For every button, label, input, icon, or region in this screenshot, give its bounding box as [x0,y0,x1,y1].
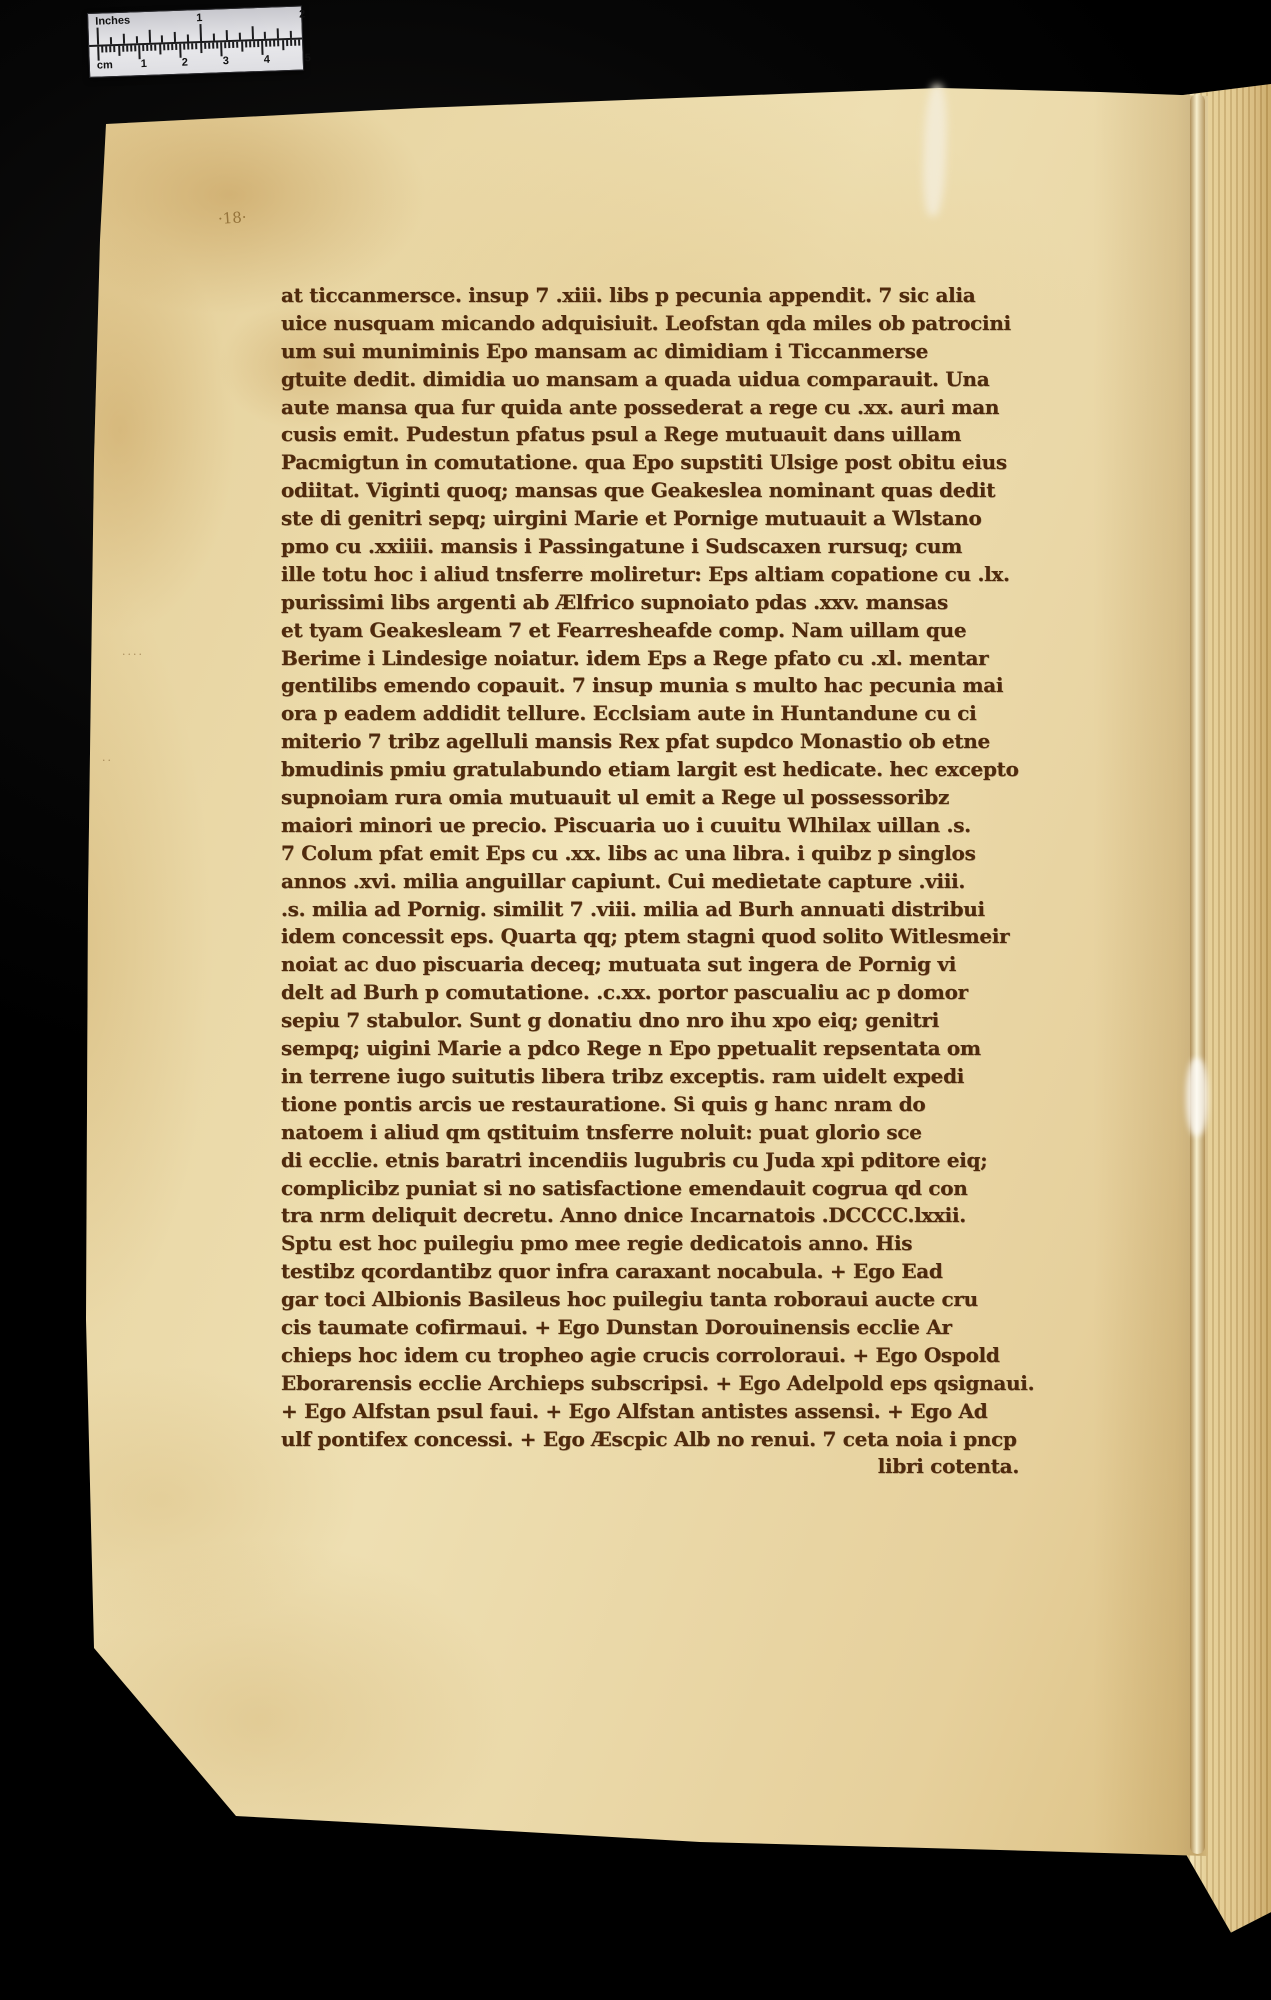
ruler-cm-tick [146,45,148,51]
ruler-inch-tick [110,37,112,44]
ruler-cm-tick [277,40,279,46]
ruler-cm-tick [183,44,185,50]
ruler-cm-tick [163,44,165,50]
ruler-inch-tick [187,34,189,41]
manuscript-text-block: at ticcanmersce. insup 7 .xiii. libs p p… [281,282,1081,1481]
manuscript-text-line: di ecclie. etnis baratri incendiis lugub… [281,1147,1081,1175]
manuscript-text-line: testibz qcordantibz quor infra caraxant … [281,1258,1081,1286]
ruler-cm-tick [294,40,296,46]
ruler-inch-tick [122,34,124,44]
manuscript-text-line: gentilibs emendo copauit. 7 insup munia … [281,672,1081,700]
ruler-cm-tick [232,42,234,48]
folio-number: ·18· [217,208,247,228]
manuscript-text-line: at ticcanmersce. insup 7 .xiii. libs p p… [281,282,1081,310]
ruler-cm-tick [290,40,292,46]
ruler-cm-tick [187,43,189,49]
gutter-fold [1190,94,1205,1854]
ruler-inch-tick [161,35,163,42]
manuscript-text-line: uice nusquam micando adquisiuit. Leofsta… [281,310,1081,338]
ruler-cm-tick [126,46,128,52]
ruler-inch-tick [264,32,266,39]
ruler-cm-tick [236,42,238,48]
ruler-cm-tick [220,42,222,56]
manuscript-text-line: supnoiam rura omia mutuauit ul emit a Re… [281,784,1081,812]
ruler-cm-tick [245,41,247,47]
manuscript-text-line: ille totu hoc i aliud tnsferre moliretur… [281,561,1081,589]
ruler-cm-tick [216,42,218,48]
manuscript-text-line: Pacmigtun in comutatione. qua Epo supsti… [281,449,1081,477]
manuscript-text-line: cis taumate cofirmaui. + Ego Dunstan Dor… [281,1314,1081,1342]
ruler-cm-tick [122,46,124,52]
ruler-cm-tick [265,41,267,47]
manuscript-text-line: complicibz puniat si no satisfactione em… [281,1175,1081,1203]
ruler-cm-tick [261,41,263,55]
measurement-ruler: Inches cm 1212345 [87,5,304,77]
manuscript-text-line: idem concessit eps. Quarta qq; ptem stag… [281,923,1081,951]
ruler-cm-number: 5 [305,52,312,64]
manuscript-text-line: bmudinis pmiu gratulabundo etiam largit … [281,756,1081,784]
ruler-inch-tick [213,34,215,41]
ruler-inch-tick [290,31,292,38]
ruler-cm-tick [159,44,161,54]
manuscript-text-line: + Ego Alfstan psul faui. + Ego Alfstan a… [281,1398,1081,1426]
ruler-cm-tick [191,43,193,49]
ruler-cm-tick [282,40,284,50]
manuscript-text-line: Eborarensis ecclie Archieps subscripsi. … [281,1370,1081,1398]
fold-repair-patch [1186,1058,1208,1136]
manuscript-text-line: pmo cu .xxiiii. mansis i Passingatune i … [281,533,1081,561]
photo-backdrop: Inches cm 1212345 ·18· ···· ·· at ticcan… [0,0,1271,2000]
ruler-cm-tick [208,43,210,49]
ruler-cm-tick [286,40,288,46]
ruler-inch-tick [238,33,240,40]
manuscript-text-line: gar toci Albionis Basileus hoc puilegiu … [281,1286,1081,1314]
ruler-inch-number: 2 [299,8,306,20]
ruler-cm-tick [228,42,230,48]
ruler-cm-tick [257,41,259,47]
manuscript-closing-line: libri cotenta. [281,1453,1081,1481]
manuscript-text-line: sempq; uigini Marie a pdco Rege n Epo pp… [281,1035,1081,1063]
ruler-cm-label: cm [97,59,113,72]
ruler-cm-tick [179,44,181,58]
ruler-cm-tick [118,46,120,56]
ruler-cm-tick [171,44,173,50]
manuscript-text-line: Sptu est hoc puilegiu pmo mee regie dedi… [281,1230,1081,1258]
ruler-cm-tick [150,45,152,51]
ruler-cm-tick [269,41,271,47]
manuscript-text-line: ora p eadem addidit tellure. Ecclsiam au… [281,700,1081,728]
manuscript-text-line: annos .xvi. milia anguillar capiunt. Cui… [281,868,1081,896]
ruler-inches-label: Inches [95,15,130,28]
ruler-cm-tick [212,43,214,49]
ruler-cm-tick [138,45,140,59]
ruler-cm-tick [196,43,198,49]
ruler-cm-tick [101,46,103,52]
margin-mark: ·· [102,754,113,767]
ruler-cm-tick [224,42,226,48]
ruler-cm-number: 2 [182,57,189,69]
ruler-inch-tick [199,24,202,41]
ruler-cm-tick [175,44,177,50]
ruler-cm-tick [109,46,111,52]
manuscript-text-line: ste di genitri sepq; uirgini Marie et Po… [281,505,1081,533]
ruler-cm-tick [105,46,107,52]
manuscript-text-line: tione pontis arcis ue restauratione. Si … [281,1091,1081,1119]
manuscript-text-line: .s. milia ad Pornig. similit 7 .viii. mi… [281,896,1081,924]
manuscript-text-line: 7 Colum pfat emit Eps cu .xx. libs ac un… [281,840,1081,868]
manuscript-text-line: purissimi libs argenti ab Ælfrico supnoi… [281,589,1081,617]
ruler-cm-tick [130,45,132,51]
ruler-inch-tick [135,36,137,43]
ruler-cm-tick [134,45,136,51]
ruler-cm-tick [200,43,202,53]
manuscript-text-line: tra nrm deliquit decretu. Anno dnice Inc… [281,1202,1081,1230]
manuscript-text-line: delt ad Burh p comutatione. .c.xx. porto… [281,979,1081,1007]
manuscript-text-line: miterio 7 tribz agelluli mansis Rex pfat… [281,728,1081,756]
ruler-inch-tick [251,26,253,39]
margin-mark: ···· [122,648,144,661]
ruler-inch-number: 1 [196,12,203,24]
ruler-cm-tick [241,42,243,52]
manuscript-text-line: odiitat. Viginti quoq; mansas que Geakes… [281,477,1081,505]
manuscript-text-line: sepiu 7 stabulor. Sunt g donatiu dno nro… [281,1007,1081,1035]
ruler-cm-tick [97,47,99,61]
manuscript-text-line: cusis emit. Pudestun pfatus psul a Rege … [281,421,1081,449]
ruler-inch-tick [225,30,227,40]
manuscript-text-line: natoem i aliud qm qstituim tnsferre nolu… [281,1119,1081,1147]
ruler-inch-tick [97,28,100,45]
ruler-cm-tick [114,46,116,52]
manuscript-text-line: et tyam Geakesleam 7 et Fearresheafde co… [281,617,1081,645]
manuscript-text-line: in terrene iugo suitutis libera tribz ex… [281,1063,1081,1091]
manuscript-text-line: Berime i Lindesige noiatur. idem Eps a R… [281,645,1081,673]
ruler-cm-tick [155,45,157,51]
manuscript-text-line: ulf pontifex concessi. + Ego Æscpic Alb … [281,1426,1081,1454]
ruler-cm-tick [298,40,300,46]
ruler-cm-tick [142,45,144,51]
ruler-cm-tick [249,41,251,47]
ruler-inch-tick [277,28,279,38]
manuscript-text-line: gtuite dedit. dimidia uo mansam a quada … [281,366,1081,394]
ruler-cm-number: 4 [264,54,271,66]
ruler-inch-tick [174,32,176,42]
ruler-cm-tick [204,43,206,49]
manuscript-text-line: chieps hoc idem cu tropheo agie crucis c… [281,1342,1081,1370]
ruler-cm-number: 1 [141,58,148,70]
ruler-inch-tick [148,30,150,43]
manuscript-text-line: noiat ac duo piscuaria deceq; mutuata su… [281,951,1081,979]
manuscript-text-line: aute mansa qua fur quida ante possederat… [281,394,1081,422]
ruler-ticks: 1212345 [88,7,301,14]
ruler-cm-number: 3 [223,55,230,67]
ruler-cm-tick [273,40,275,46]
manuscript-text-line: maiori minori ue precio. Piscuaria uo i … [281,812,1081,840]
ruler-cm-tick [253,41,255,47]
ruler-cm-tick [167,44,169,50]
manuscript-text-line: um sui muniminis Epo mansam ac dimidiam … [281,338,1081,366]
